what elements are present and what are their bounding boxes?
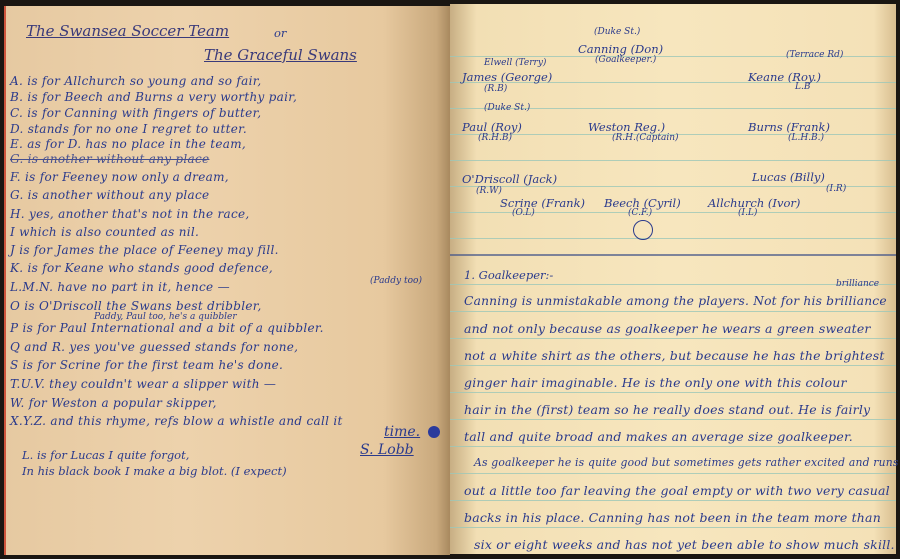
lineup-player: Paul (Roy)	[462, 120, 522, 134]
poem-line: T.U.V. they couldn't wear a slipper with…	[10, 377, 276, 391]
lineup-position: (R.B)	[484, 84, 507, 94]
poem-line-struck: G. is another without any place	[10, 152, 209, 166]
prose-line: As goalkeeper he is quite good but somet…	[474, 456, 899, 469]
prose-line: Canning is unmistakable among the player…	[464, 294, 887, 308]
poem-line: X.Y.Z. and this rhyme, refs blow a whist…	[10, 414, 343, 428]
signature: S. Lobb	[360, 442, 414, 458]
lineup-player: James (George)	[462, 70, 552, 84]
ink-blot	[428, 426, 440, 438]
postscript-line-1: L. is for Lucas I quite forgot,	[22, 448, 189, 462]
lineup-player: Lucas (Billy)	[752, 170, 825, 184]
poem-line: K. is for Keane who stands good defence,	[10, 261, 273, 275]
lineup-note: (Duke St.)	[594, 27, 640, 37]
football-sketch-icon	[633, 220, 653, 240]
lineup-position: L.B	[795, 82, 810, 92]
prose-line: six or eight weeks and has not yet been …	[474, 537, 895, 552]
lineup-note: Elwell (Terry)	[484, 58, 546, 68]
prose-line: hair in the (first) team so he really do…	[464, 402, 870, 417]
poem-line: O is O'Driscoll the Swans best dribbler,	[10, 299, 262, 313]
lineup-position: (Goalkeeper.)	[595, 55, 656, 65]
notebook-spread: The Swansea Soccer Team or The Graceful …	[0, 0, 900, 559]
poem-line: W. for Weston a popular skipper,	[10, 396, 217, 410]
prose-line: ginger hair imaginable. He is the only o…	[464, 375, 847, 390]
red-page-edge	[4, 6, 6, 555]
poem-line: S is for Scrine for the first team he's …	[10, 358, 283, 372]
margin-note: (Paddy too)	[370, 276, 422, 286]
lineup-position: (I.L)	[738, 208, 757, 218]
title-or: or	[274, 26, 286, 40]
left-page: The Swansea Soccer Team or The Graceful …	[4, 6, 450, 555]
poem-line: H. yes, another that's not in the race,	[10, 207, 250, 221]
title-line-1: The Swansea Soccer Team	[26, 22, 229, 40]
poem-line: A. is for Allchurch so young and so fair…	[10, 74, 262, 88]
lineup-position: (C.F.)	[628, 208, 652, 218]
prose-line: backs in his place. Canning has not been…	[464, 510, 881, 525]
lineup-player: Weston Reg.)	[588, 120, 665, 134]
lineup-position: (R.H.B)	[478, 133, 512, 143]
prose-line: not a white shirt as the others, but bec…	[464, 348, 885, 363]
prose-line: tall and quite broad and makes an averag…	[464, 429, 853, 444]
poem-line: C. is for Canning with fingers of butter…	[10, 106, 261, 120]
lineup-position: (R.W)	[476, 186, 502, 196]
poem-line: Q and R. yes you've guessed stands for n…	[10, 340, 298, 354]
poem-line: F. is for Feeney now only a dream,	[10, 170, 229, 184]
poem-line: J is for James the place of Feeney may f…	[10, 243, 279, 257]
poem-line: L.M.N. have no part in it, hence —	[10, 280, 230, 294]
poem-line: B. is for Beech and Burns a very worthy …	[10, 90, 297, 104]
time-word: time.	[384, 424, 420, 440]
lineup-note: (Duke St.)	[484, 103, 530, 113]
lineup-player: O'Driscoll (Jack)	[462, 172, 557, 186]
lineup-position: (L.H.B.)	[788, 133, 824, 143]
lineup-player: Canning (Don)	[578, 42, 663, 56]
lineup-position: (I.R)	[826, 184, 846, 194]
superscript-correction: brilliance	[836, 279, 879, 289]
section-heading: 1. Goalkeeper:-	[464, 268, 553, 282]
lineup-position: (O.L)	[512, 208, 535, 218]
poem-line: G. is another without any place	[10, 188, 209, 202]
lineup-position: (R.H.(Captain)	[612, 133, 679, 143]
poem-line: I which is also counted as nil.	[10, 225, 199, 239]
poem-line: P is for Paul International and a bit of…	[10, 321, 324, 335]
title-line-2: The Graceful Swans	[204, 46, 357, 64]
lineup-player: Burns (Frank)	[748, 120, 830, 134]
postscript-line-2: In his black book I make a big blot. (I …	[22, 464, 287, 478]
lineup-note: (Terrace Rd)	[786, 50, 843, 60]
poem-line: D. stands for no one I regret to utter.	[10, 122, 247, 136]
prose-line: out a little too far leaving the goal em…	[464, 483, 890, 498]
poem-line: E. as for D. has no place in the team,	[10, 137, 246, 151]
prose-line: and not only because as goalkeeper he we…	[464, 321, 871, 336]
